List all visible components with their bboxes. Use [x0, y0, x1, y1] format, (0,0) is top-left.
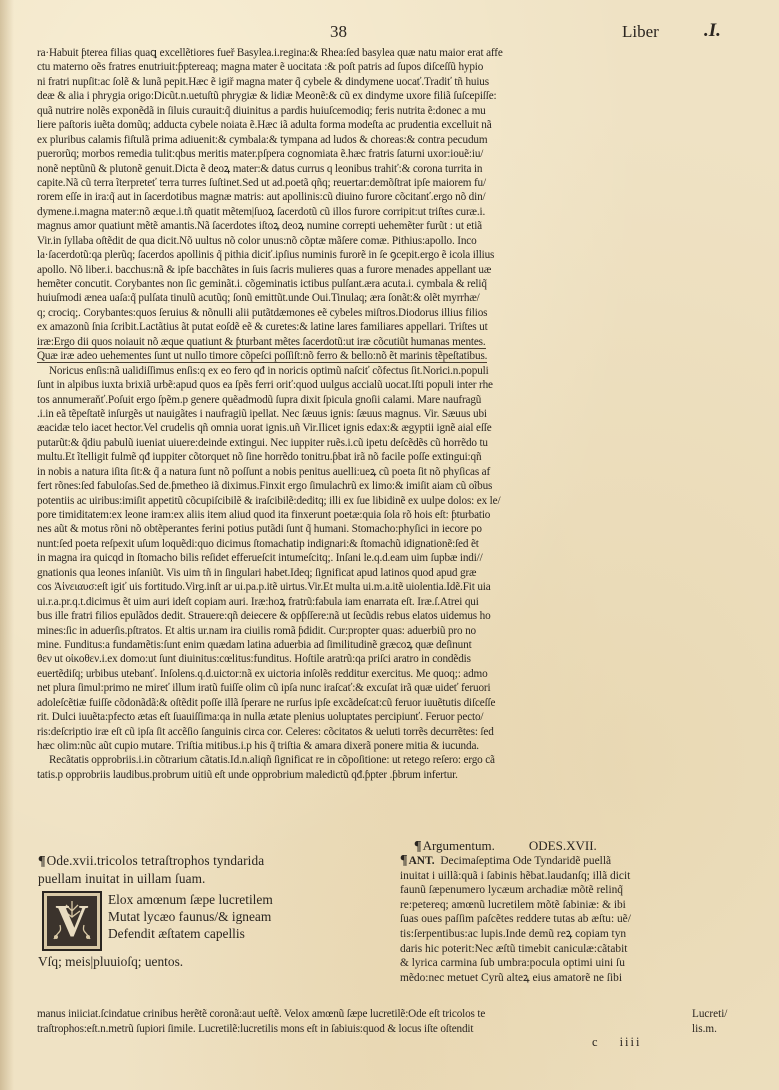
argument-line: & lyrica carmina ſub umbra:pocula optimi… [400, 956, 715, 971]
commentary-line: putarũt:& q̃diu pabulũ iueniat uiuere:de… [37, 436, 732, 450]
pilcrow-icon: ¶ [400, 854, 408, 868]
commentary-line: gnationis qua leones inſaniũt. Vis uim t… [37, 566, 732, 580]
commentary-line: fert rõnes:ſed fabuloſas.Sed de.ƥmetheo … [37, 479, 732, 493]
commentary-line: mines:ſic in aduerſis.pſtratos. Et altis… [37, 624, 732, 638]
book-page: 38 Liber .I. ra·Habuit ƥterea filias qua… [0, 0, 779, 1090]
commentary-line: Recãtatis opprobriis.i.in cõtrarium cãta… [37, 753, 732, 767]
folio-number: 38 [330, 22, 347, 42]
commentary-line: ex amazonũ ſnia ſcribit.Lactãtius ãt put… [37, 320, 732, 334]
commentary-line: dymene.i.magna mater:nõ æque.i.tñ quatit… [37, 205, 732, 219]
commentary-line: hemẽter concutit. Corybantes non ſic gem… [37, 277, 732, 291]
poem-line: Elox amœnum ſæpe lucretilem [108, 891, 273, 908]
argument-heading: ¶Argumentum.ODES.XVII. [414, 838, 715, 854]
commentary-line: in nobis a natura iſita ſit:& q̃ a natur… [37, 465, 732, 479]
commentary-line: Noricus enſis:nã ualidiſſimus enſis:q ex… [37, 364, 732, 378]
commentary-line: quã nutrire nolẽs exponẽdã in ſiluis cur… [37, 104, 732, 118]
commentary-line: nes aũt & motus rõni nõ obtẽperantes fer… [37, 522, 732, 536]
commentary-line: potentiis ac uiribus:imiſit appetitũ cõc… [37, 494, 732, 508]
commentary-line: net plura ſimul:primo ne mireť illum ira… [37, 681, 732, 695]
ode-heading: ¶Ode.xvii.tricolos tetraſtrophos tyndari… [38, 852, 378, 887]
commentary-line: ni fratri nupſit:ac ſolẽ & lunã pepit.Hæ… [37, 75, 732, 89]
commentary-line: tatis.p opprobriis laudibus.probrum uiti… [37, 768, 732, 782]
ode-heading-line: puellam inuitat in uillam ſuam. [38, 871, 205, 886]
commentary-line: manus iniiciat.ſcindatue crinibus herẽtẽ… [37, 1007, 687, 1022]
running-head: Liber [622, 22, 659, 42]
commentary-line: multu.Et ĩtelligit fulmẽ qđ iuppiter cõt… [37, 450, 732, 464]
commentary-line: ra·Habuit ƥterea filias quaꝗ excellẽtior… [37, 46, 732, 60]
book-number: .I. [704, 20, 721, 42]
commentary-line: ſunt in alpibus iuxta brixiã urbẽ:apud q… [37, 378, 732, 392]
argument-line: faunũ ſæpenumero lycæum archadiæ mõtẽ re… [400, 883, 715, 898]
argument-column: ¶Argumentum.ODES.XVII. ¶ANT. Decimaſepti… [400, 838, 715, 985]
argument-line: inuitat i uillã:quã i ſabinis hẽbat.laud… [400, 869, 715, 884]
margin-note-line: Lucreti/ [692, 1007, 727, 1022]
pilcrow-icon: ¶ [414, 839, 422, 854]
signature-number: iiii [620, 1035, 642, 1049]
decorated-initial-icon: V [42, 891, 102, 951]
commentary-line: magnus amor quatiunt mẽtẽ amantis.Nã ſac… [37, 219, 732, 233]
ode-text-column: ¶Ode.xvii.tricolos tetraſtrophos tyndari… [38, 852, 378, 969]
commentary-line: capite.Nã cũ terra ĩterpreteť terra turr… [37, 176, 732, 190]
commentary-line: nonẽ neptũnũ & plutonẽ genuit.Dicta ẽ de… [37, 162, 732, 176]
commentary-line: adoleſcẽtiæ fuiſſe cõdonãdã:& oſtẽdit po… [37, 696, 732, 710]
margin-note: Lucreti/ lis.m. [692, 1007, 727, 1036]
argument-text: Decimaſeptima Ode Tyndaridẽ puellã [440, 855, 611, 867]
underlined-text: iræ:Ergo dii quos noiauit nõ æque quatiu… [37, 336, 486, 349]
commentary-line: la·ſacerdotũ:qa plerũq; ſacerdos apollin… [37, 248, 732, 262]
pilcrow-icon: ¶ [38, 854, 46, 869]
underlined-text: Quæ iræ adeo uehementes ſunt ut nullo ti… [37, 350, 487, 363]
ode-heading-line: Ode.xvii.tricolos tetraſtrophos tyndarid… [47, 853, 265, 868]
commentary-line: apollo. Nõ liber.i. bacchus:nã & ipſe ba… [37, 263, 732, 277]
commentary-line: traſtrophos:eſt.n.metrũ ſupiori ſimile. … [37, 1022, 687, 1037]
commentary-line: .i.in eã tẽpeſtatẽ inſurgẽs ut nauigãtes… [37, 407, 732, 421]
commentary-line: iræ:Ergo dii quos noiauit nõ æque quatiu… [37, 335, 732, 349]
commentary-line: liere paſtoris iuẽta domũq; adducta cybe… [37, 118, 732, 132]
gutter-shadow [0, 0, 14, 1090]
poem-line: Defendit æſtatem capellis [108, 925, 273, 942]
commentary-line: mine. Funditus:a fundamẽtis:ſunt enim qu… [37, 638, 732, 652]
poem-line: Vſq; meis|pluuioſq; uentos. [38, 953, 183, 970]
poem-line: Mutat lycæo faunus/& igneam [108, 908, 273, 925]
commentary-line: rorem eſſe in ira:q̃ aut in ſacerdotibus… [37, 190, 732, 204]
argument-line: re:petereq; amœnũ lucretilem mõtẽ ſabini… [400, 898, 715, 913]
commentary-line: cos Ἀἰνειαυσ:eſt igiť uis fortitudo.Virg… [37, 580, 732, 594]
commentary-line: ui.r.a.pr.q.t.dicimus ẽt uim auri ideſt … [37, 595, 732, 609]
argument-line: ¶ANT. Decimaſeptima Ode Tyndaridẽ puellã [400, 854, 715, 869]
commentary-line: puerorũq; morbos remedia tulit:qbus meri… [37, 147, 732, 161]
commentary-line: æacidæ telo iacet hector.Vel crudelis qñ… [37, 421, 732, 435]
commentary-line: in magna ira quicqd in ſtomacho bilis re… [37, 551, 732, 565]
commentary-line: tos annumeraňť.Poſuit ergo ſpẽm.p genere… [37, 393, 732, 407]
commentary-line: bus ille fratri filios epulãdos dedit. S… [37, 609, 732, 623]
commentary-line: θεν ut οἰκοθεν.i.ex domo:ut ſunt diuinit… [37, 652, 732, 666]
margin-note-line: lis.m. [692, 1022, 727, 1037]
commentary-line: Quæ iræ adeo uehementes ſunt ut nullo ti… [37, 349, 732, 363]
commentary-line: euertẽdiſq; urbibus utebanť. Inſolens.q.… [37, 667, 732, 681]
commentary-block: ra·Habuit ƥterea filias quaꝗ excellẽtior… [37, 46, 732, 782]
commentary-line: nunt:ſed poeta reſpexit uſum loquẽdi:quo… [37, 537, 732, 551]
commentary-line: deæ & alia i phrygia origo:Dicũt.n.uetuſ… [37, 89, 732, 103]
argument-line: tis:ſerpentibus:ac lupis.Inde demũ reꝝ c… [400, 927, 715, 942]
cant-label: ANT. [409, 855, 435, 867]
commentary-line: rit. Dulci iuuẽta:pfecto ætas eſt ſuauiſ… [37, 710, 732, 724]
commentary-line: q; crociq;. Corybantes:quos ſeruius & nõ… [37, 306, 732, 320]
commentary-line: ris:deſcriptio iræ eſt cũ ipſa ſit accẽſ… [37, 725, 732, 739]
signature-letter: c [592, 1035, 600, 1049]
commentary-line: hæc olim:nũc aũt cupio mutare. Triſtia m… [37, 739, 732, 753]
commentary-line: huiuſmodi ænea uaſa:q̃ pulſata tinulũ ac… [37, 291, 732, 305]
odes-number: ODES.XVII. [529, 838, 597, 853]
signature-mark: ciiii [592, 1035, 641, 1050]
commentary-line: ctu materno oẽs fratres enutriuit:ƥptere… [37, 60, 732, 74]
argument-line: ſuas oues paſſim paſcẽtes reddere tutas … [400, 912, 715, 927]
commentary-line: Vir.in ſyllaba oſtẽdit de qua dicit.Nõ u… [37, 234, 732, 248]
argument-line: mẽdo:nec metuet Cyrũ alteꝝ eius amatorẽ … [400, 971, 715, 986]
initial-letter: V [44, 893, 100, 949]
poem-lines: Elox amœnum ſæpe lucretilem Mutat lycæo … [108, 891, 273, 943]
commentary-line: pore timiditatem:ex leone iram:ex aliis … [37, 508, 732, 522]
bottom-commentary: manus iniiciat.ſcindatue crinibus herẽtẽ… [37, 1007, 687, 1036]
commentary-line: ex pluribus calamis fiſtulã prima adiuen… [37, 133, 732, 147]
argument-line: daris hic poterit:Nec æſtũ timebit canic… [400, 942, 715, 957]
argument-title: Argumentum. [423, 838, 495, 853]
poem-block: V Elox amœnum ſæpe lucretilem Mutat lycæ… [38, 891, 378, 969]
